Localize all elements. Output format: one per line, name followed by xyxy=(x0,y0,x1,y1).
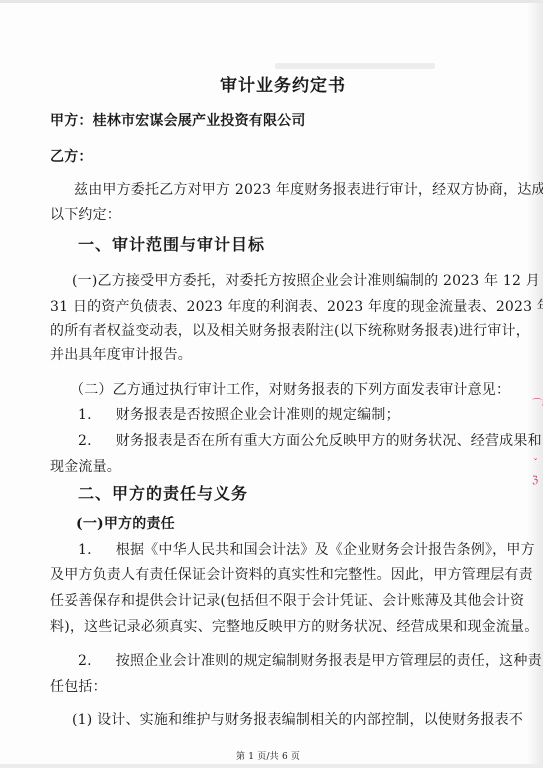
s1-p1-line-1: (一)乙方接受甲方委托，对委托方按照企业会计准则编制的 2023 年 12 月 xyxy=(72,272,540,290)
s1-item-1-num: 1. xyxy=(78,407,92,423)
party-a-name: 桂林市宏谋会展产业投资有限公司 xyxy=(93,113,306,129)
s2-item-1-line-4: 料)，这些记录必须真实、完整地反映甲方的财务状况、经营成果和现金流量。 xyxy=(50,618,538,636)
s2-item-2-sub-1: (1) 设计、实施和维护与财务报表编制相关的内部控制，以使财务报表不 xyxy=(72,711,523,729)
s1-p1-line-4: 并出具年度审计报告。 xyxy=(50,346,192,364)
s2-item-1-num: 1. xyxy=(78,542,92,558)
s2-item-2-num: 2. xyxy=(78,653,92,669)
s2-item-1-line-3: 任妥善保存和提供会计记录(包括但不限于会计凭证、会计账薄及其他会计资 xyxy=(50,592,524,610)
s2-item-2: 2.按照企业会计准则的规定编制财务报表是甲方管理层的责任，这种责 xyxy=(78,652,542,670)
s1-item-1: 1.财务报表是否按照企业会计准则的规定编制； xyxy=(78,406,400,424)
section-2-heading: 二、甲方的责任与义务 xyxy=(78,485,248,503)
s2-item-2-text: 按照企业会计准则的规定编制财务报表是甲方管理层的责任，这种责 xyxy=(116,653,542,669)
intro-line-2: 以下约定： xyxy=(50,206,121,224)
s2-item-2-line-2: 任包括： xyxy=(50,678,107,696)
s2-sub-1-heading: (一)甲方的责任 xyxy=(76,515,175,533)
s1-p2: （二）乙方通过执行审计工作，对财务报表的下列方面发表审计意见： xyxy=(70,381,510,399)
document-title: 审计业务约定书 xyxy=(220,77,346,95)
bleed-through-text xyxy=(275,63,435,69)
s1-p1-line-2: 31 日的资产负债表、2023 年度的利润表、2023 年度的现金流量表、202… xyxy=(50,298,543,316)
s1-item-2-text: 财务报表是否在所有重大方面公允反映甲方的财务状况、经营成果和 xyxy=(116,433,542,449)
party-a: 甲方：桂林市宏谋会展产业投资有限公司 xyxy=(50,112,306,130)
s2-item-1-text: 根据《中华人民共和国会计法》及《企业财务会计报告条例》，甲方 xyxy=(116,542,535,558)
s1-item-2: 2.财务报表是否在所有重大方面公允反映甲方的财务状况、经营成果和 xyxy=(78,432,542,450)
seal-fragment-2: ˇ xyxy=(533,458,538,469)
intro-line-1: 兹由甲方委托乙方对甲方 2023 年度财务报表进行审计，经双方协商，达成 xyxy=(74,181,543,199)
s1-item-2-line-2: 现金流量。 xyxy=(50,458,121,476)
s1-item-2-num: 2. xyxy=(78,433,92,449)
page-footer: 第 1 页/共 6 页 xyxy=(236,748,300,766)
party-b-label: 乙方： xyxy=(50,148,93,166)
document-page: 审计业务约定书 甲方：桂林市宏谋会展产业投资有限公司 乙方： 兹由甲方委托乙方对… xyxy=(0,0,543,768)
s1-p1-line-3: 的所有者权益变动表，以及相关财务报表附注(以下统称财务报表)进行审计， xyxy=(50,322,530,340)
s2-item-1-line-2: 及甲方负责人有责任保证会计资料的真实性和完整性。因此，甲方管理层有责 xyxy=(50,566,533,584)
seal-fragment-3: ℨ xyxy=(532,475,538,486)
s2-item-1: 1.根据《中华人民共和国会计法》及《企业财务会计报告条例》，甲方 xyxy=(78,541,535,559)
section-1-heading: 一、审计范围与审计目标 xyxy=(78,236,265,254)
scan-edge-top xyxy=(0,0,543,3)
party-a-label: 甲方： xyxy=(50,113,93,129)
s1-item-1-text: 财务报表是否按照企业会计准则的规定编制； xyxy=(116,407,400,423)
seal-fragment-1: ⌒ξ xyxy=(532,395,543,410)
